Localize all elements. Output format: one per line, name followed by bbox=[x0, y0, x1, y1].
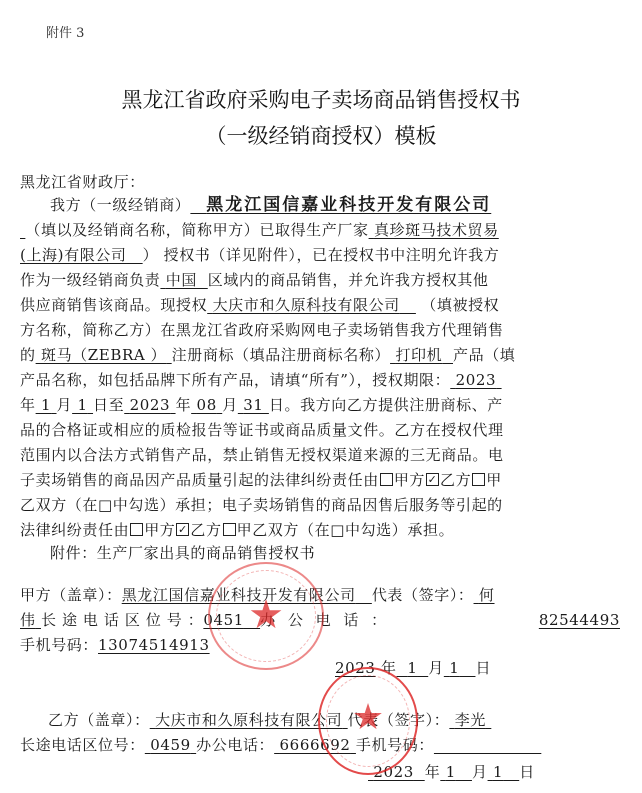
body-line-8: 产品名称，如包括品牌下所有产品，请填“所有”），授权期限： 2023 bbox=[20, 370, 502, 390]
party-a-rep-name-cont: 伟 bbox=[20, 611, 41, 629]
checkbox-service-party-a[interactable] bbox=[130, 523, 143, 536]
annex-label: 附件 3 bbox=[46, 22, 84, 41]
start-day: 1 bbox=[72, 396, 93, 414]
party-a-office-phone: 82544493 bbox=[539, 610, 620, 630]
party-a-mobile-line: 手机号码：13074514913 bbox=[20, 635, 210, 655]
body-line-3: (上海)有限公司 ） 授权书（详见附件），已在授权书中注明允许我方 bbox=[20, 245, 499, 265]
body-line-12: 子卖场销售的商品因产品质量引起的法律纠纷责任由甲方乙方甲 bbox=[20, 470, 502, 490]
body-line-10: 品的合格证或相应的质检报告等证书或商品质量文件。乙方在授权代理 bbox=[20, 420, 504, 440]
body-line-5: 供应商销售该商品。现授权 大庆市和久原科技有限公司 （填被授权 bbox=[20, 295, 499, 315]
checkbox-service-both[interactable] bbox=[223, 523, 236, 536]
party-a-company-seal: ★ bbox=[208, 562, 324, 670]
body-line-13: 乙双方（在□中勾选）承担；电子卖场销售的商品因售后服务等引起的 bbox=[20, 495, 503, 515]
attachment-note: 附件：生产厂家出具的商品销售授权书 bbox=[50, 543, 315, 563]
body-line-14: 法律纠纷责任由甲方乙方甲乙双方（在□中勾选）承担。 bbox=[20, 520, 454, 540]
manufacturer-name-cont: (上海)有限公司 bbox=[20, 246, 143, 264]
start-year: 2023 bbox=[450, 371, 501, 389]
party-b-area-code: 0459 bbox=[145, 736, 196, 754]
brand: 斑马（ZEBRA ） bbox=[36, 346, 172, 364]
body-line-11: 范围内以合法方式销售产品，禁止销售无授权渠道来源的三无商品。电 bbox=[20, 445, 504, 465]
party-b-rep-name: 李光 bbox=[449, 711, 491, 729]
party-a-rep-name: 何 bbox=[474, 586, 495, 604]
checkbox-quality-party-b[interactable] bbox=[426, 473, 439, 486]
start-month: 1 bbox=[36, 396, 57, 414]
seal-star-icon: ★ bbox=[320, 697, 416, 738]
region: 中国 bbox=[160, 271, 207, 289]
end-year: 2023 bbox=[124, 396, 175, 414]
product: 打印机 bbox=[390, 346, 453, 364]
manufacturer-name: 真珍斑马技术贸易 bbox=[369, 221, 499, 239]
seal-star-icon: ★ bbox=[210, 592, 322, 638]
checkbox-quality-party-a[interactable] bbox=[380, 473, 393, 486]
end-day: 31 bbox=[238, 396, 269, 414]
party-b-phone-line: 长途电话区位号： 0459 办公电话： 6666692 手机号码： bbox=[20, 735, 541, 755]
body-line-1: 我方（一级经销商） 黑龙江国信嘉业科技开发有限公司 bbox=[50, 195, 491, 215]
document-title: 黑龙江省政府采购电子卖场商品销售授权书 bbox=[0, 84, 642, 114]
checkbox-quality-both[interactable] bbox=[472, 473, 485, 486]
party-a-name: 黑龙江国信嘉业科技开发有限公司 bbox=[190, 195, 491, 215]
body-line-2: （填以及经销商名称，简称甲方）已取得生产厂家 真珍斑马技术贸易 bbox=[20, 220, 499, 240]
checkbox-service-party-b[interactable] bbox=[176, 523, 189, 536]
document-subtitle: （一级经销商授权）模板 bbox=[0, 120, 642, 150]
party-b-company-seal: ★ bbox=[318, 667, 418, 775]
party-b-signature-line: 乙方（盖章）： 大庆市和久原科技有限公司 代表（签字）： 李光 bbox=[48, 710, 491, 730]
party-a-mobile: 13074514913 bbox=[98, 636, 210, 654]
party-b-mobile bbox=[434, 736, 541, 754]
body-line-7: 的 斑马（ZEBRA ） 注册商标（填品注册商标名称） 打印机 产品（填 bbox=[20, 345, 515, 365]
body-line-4: 作为一级经销商负责 中国 区域内的商品销售，并允许我方授权其他 bbox=[20, 270, 489, 290]
body-line-6: 方名称，简称乙方）在黑龙江省政府采购网电子卖场销售我方代理销售 bbox=[20, 320, 504, 340]
body-line-9: 年 1 月 1 日至 2023 年 08 月 31 日。我方向乙方提供注册商标、… bbox=[20, 395, 503, 415]
party-b-name: 大庆市和久原科技有限公司 bbox=[207, 296, 416, 314]
end-month: 08 bbox=[191, 396, 222, 414]
addressee: 黑龙江省财政厅： bbox=[20, 172, 145, 192]
